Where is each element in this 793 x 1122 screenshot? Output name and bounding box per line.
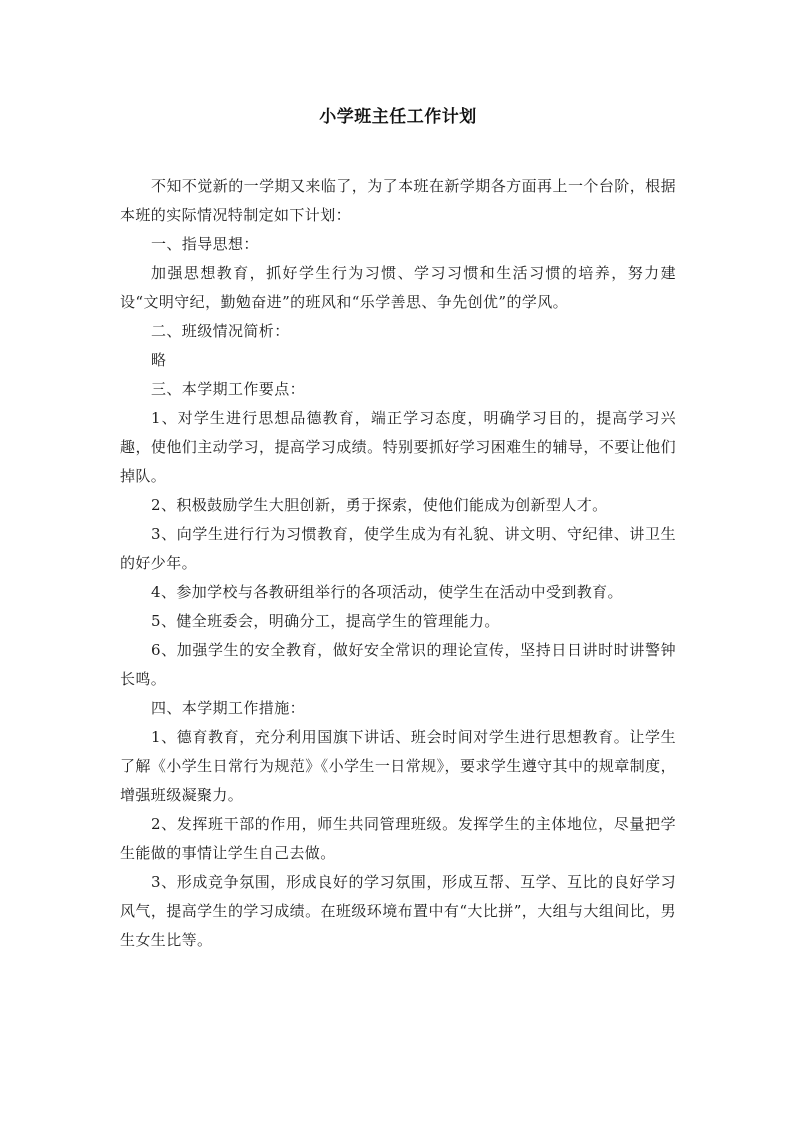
intro-paragraph: 不知不觉新的一学期又来临了，为了本班在新学期各方面再上一个台阶，根据本班的实际情…: [120, 172, 676, 230]
key-point-item: 3、向学生进行行为习惯教育，使学生成为有礼貌、讲文明、守纪律、讲卫生的好少年。: [120, 520, 676, 578]
document-title: 小学班主任工作计划: [120, 104, 676, 130]
guiding-ideology-paragraph: 加强思想教育，抓好学生行为习惯、学习习惯和生活习惯的培养，努力建设“文明守纪，勤…: [120, 259, 676, 317]
measure-item: 1、德育教育，充分利用国旗下讲话、班会时间对学生进行思想教育。让学生了解《小学生…: [120, 723, 676, 810]
key-point-item: 5、健全班委会，明确分工，提高学生的管理能力。: [120, 607, 676, 636]
key-point-item: 2、积极鼓励学生大胆创新，勇于探索，使他们能成为创新型人才。: [120, 491, 676, 520]
measure-item: 2、发挥班干部的作用，师生共同管理班级。发挥学生的主体地位，尽量把学生能做的事情…: [120, 810, 676, 868]
key-point-item: 4、参加学校与各教研组举行的各项活动，使学生在活动中受到教育。: [120, 578, 676, 607]
section-heading-class-analysis: 二、班级情况简析：: [120, 317, 676, 346]
measure-item: 3、形成竞争氛围，形成良好的学习氛围，形成互帮、互学、互比的良好学习风气，提高学…: [120, 868, 676, 955]
section-heading-measures: 四、本学期工作措施：: [120, 694, 676, 723]
section-heading-key-points: 三、本学期工作要点：: [120, 375, 676, 404]
key-point-item: 6、加强学生的安全教育，做好安全常识的理论宣传，坚持日日讲时时讲警钟长鸣。: [120, 636, 676, 694]
class-analysis-paragraph: 略: [120, 346, 676, 375]
key-point-item: 1、对学生进行思想品德教育，端正学习态度，明确学习目的，提高学习兴趣，使他们主动…: [120, 404, 676, 491]
document-body: 不知不觉新的一学期又来临了，为了本班在新学期各方面再上一个台阶，根据本班的实际情…: [120, 172, 676, 955]
section-heading-guiding-ideology: 一、指导思想：: [120, 230, 676, 259]
